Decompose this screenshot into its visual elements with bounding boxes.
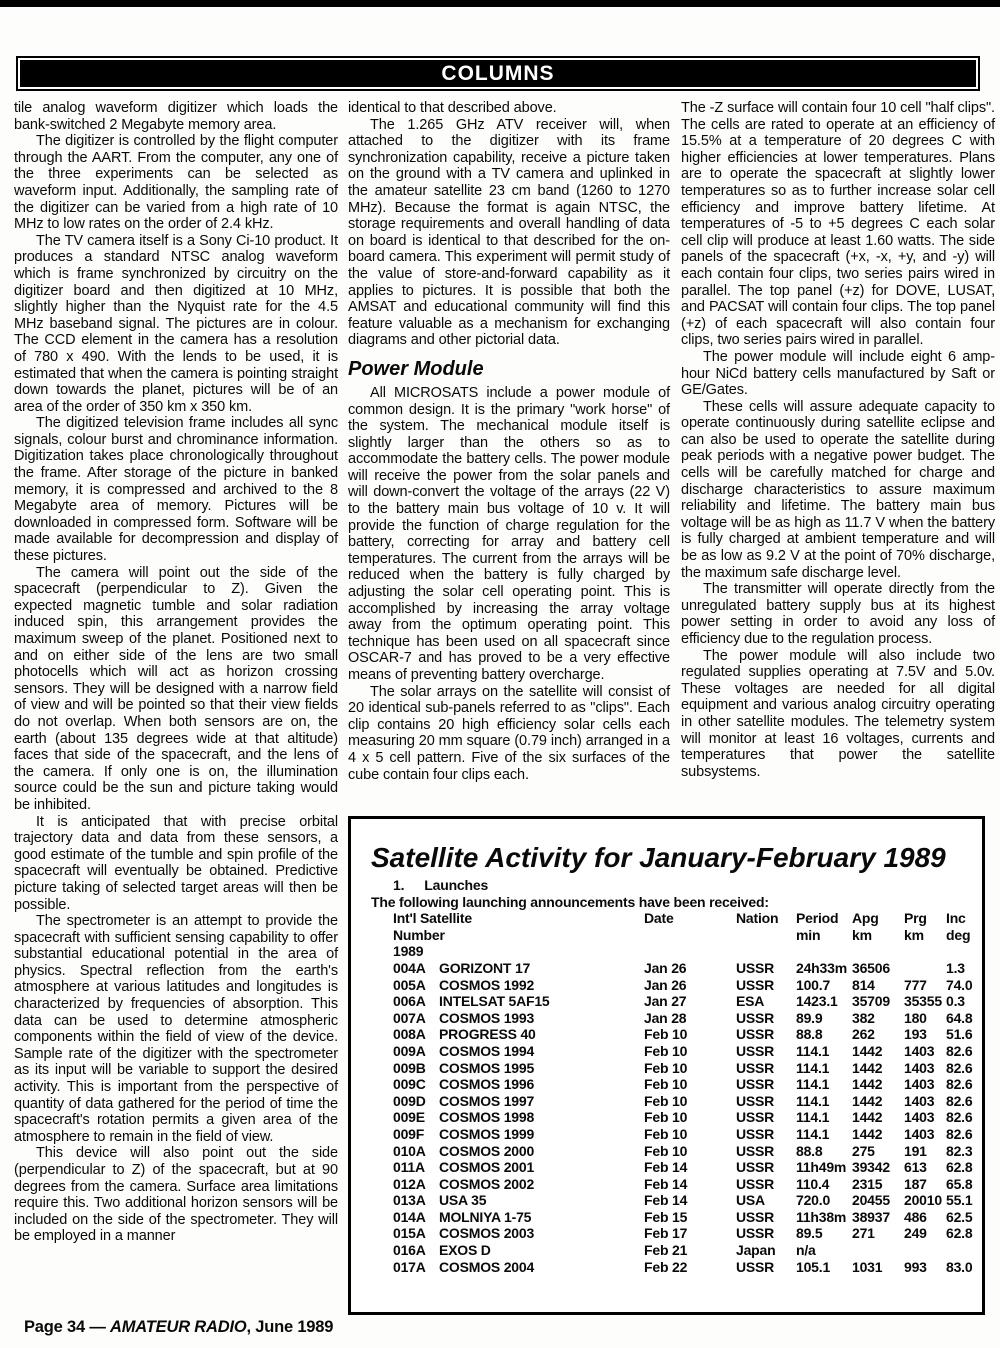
- paragraph: identical to that described above.: [348, 100, 670, 117]
- table-row: 009CCOSMOS 1996Feb 10USSR114.11442140382…: [393, 1076, 982, 1093]
- table-header-cell: 1989: [393, 943, 644, 960]
- table-header-cell: Nation: [736, 910, 796, 927]
- table-header-cell: Number: [393, 927, 644, 944]
- table-cell: MOLNIYA 1-75: [439, 1209, 644, 1226]
- table-cell: INTELSAT 5AF15: [439, 993, 644, 1010]
- table-cell: 1403: [904, 1126, 946, 1143]
- table-cell: Feb 14: [644, 1192, 736, 1209]
- section-label: Launches: [424, 877, 488, 893]
- paragraph: The digitizer is controlled by the fligh…: [14, 133, 338, 233]
- table-cell: 007A: [393, 1010, 439, 1027]
- table-cell: 11h49m: [796, 1159, 852, 1176]
- table-cell: 114.1: [796, 1060, 852, 1077]
- table-cell: COSMOS 1993: [439, 1010, 644, 1027]
- table-cell: 1442: [852, 1060, 904, 1077]
- table-cell: USA: [736, 1192, 796, 1209]
- paragraph: These cells will assure adequate capacit…: [681, 399, 995, 582]
- table-row: 015ACOSMOS 2003Feb 17USSR89.527124962.8: [393, 1225, 982, 1242]
- table-cell: 1403: [904, 1076, 946, 1093]
- table-header-cell: Period: [796, 910, 852, 927]
- table-cell: 82.6: [946, 1043, 980, 1060]
- table-row: 009FCOSMOS 1999Feb 10USSR114.11442140382…: [393, 1126, 982, 1143]
- page-footer: Page 34 — AMATEUR RADIO, June 1989: [24, 1318, 333, 1337]
- table-cell: 011A: [393, 1159, 439, 1176]
- table-cell: 89.5: [796, 1225, 852, 1242]
- table-cell: 012A: [393, 1176, 439, 1193]
- table-row: 011ACOSMOS 2001Feb 14USSR11h49m393426136…: [393, 1159, 982, 1176]
- table-row: 009DCOSMOS 1997Feb 10USSR114.11442140382…: [393, 1093, 982, 1110]
- table-header-cell: deg: [946, 927, 980, 944]
- table-cell: 114.1: [796, 1093, 852, 1110]
- table-cell: Feb 10: [644, 1126, 736, 1143]
- table-row: 012ACOSMOS 2002Feb 14USSR110.4231518765.…: [393, 1176, 982, 1193]
- table-cell: 1423.1: [796, 993, 852, 1010]
- table-cell: 100.7: [796, 977, 852, 994]
- table-cell: Jan 26: [644, 977, 736, 994]
- satellite-activity-box: Satellite Activity for January-February …: [348, 816, 985, 1315]
- table-cell: Feb 10: [644, 1076, 736, 1093]
- magazine-page: COLUMNS tile analog waveform digitizer w…: [0, 0, 1000, 1348]
- table-cell: 720.0: [796, 1192, 852, 1209]
- paragraph: The 1.265 GHz ATV receiver will, when at…: [348, 117, 670, 349]
- table-cell: Feb 10: [644, 1043, 736, 1060]
- table-cell: 114.1: [796, 1043, 852, 1060]
- table-cell: 004A: [393, 960, 439, 977]
- table-cell: COSMOS 2001: [439, 1159, 644, 1176]
- paragraph: The digitized television frame includes …: [14, 415, 338, 564]
- table-cell: 486: [904, 1209, 946, 1226]
- table-cell: 82.6: [946, 1076, 980, 1093]
- table-cell: 1403: [904, 1093, 946, 1110]
- table-header-row: 1989: [393, 943, 982, 960]
- paragraph: The spectrometer is an attempt to provid…: [14, 913, 338, 1145]
- table-cell: COSMOS 2003: [439, 1225, 644, 1242]
- table-cell: 1442: [852, 1076, 904, 1093]
- table-cell: COSMOS 1994: [439, 1043, 644, 1060]
- table-cell: PROGRESS 40: [439, 1026, 644, 1043]
- table-cell: [904, 960, 946, 977]
- table-header-cell: [644, 927, 736, 944]
- table-cell: 016A: [393, 1242, 439, 1259]
- table-cell: 38937: [852, 1209, 904, 1226]
- table-cell: 62.8: [946, 1159, 980, 1176]
- table-row: 009BCOSMOS 1995Feb 10USSR114.11442140382…: [393, 1060, 982, 1077]
- table-cell: 20010: [904, 1192, 946, 1209]
- table-cell: 1442: [852, 1109, 904, 1126]
- table-cell: 1403: [904, 1109, 946, 1126]
- table-cell: ESA: [736, 993, 796, 1010]
- footer-magazine-name: AMATEUR RADIO: [110, 1318, 246, 1336]
- table-cell: 1403: [904, 1060, 946, 1077]
- table-row: 006AINTELSAT 5AF15Jan 27ESA1423.13570935…: [393, 993, 982, 1010]
- table-cell: 009F: [393, 1126, 439, 1143]
- table-header-row: Numberminkmkmdeg: [393, 927, 982, 944]
- footer-prefix: Page 34 —: [24, 1318, 110, 1336]
- table-cell: USSR: [736, 1209, 796, 1226]
- columns-header-bar: COLUMNS: [16, 56, 980, 91]
- table-header-cell: Date: [644, 910, 736, 927]
- footer-suffix: , June 1989: [246, 1318, 333, 1336]
- paragraph: tile analog waveform digitizer which loa…: [14, 100, 338, 133]
- table-cell: 0.3: [946, 993, 980, 1010]
- table-cell: USSR: [736, 1225, 796, 1242]
- table-cell: 009D: [393, 1093, 439, 1110]
- table-row: 010ACOSMOS 2000Feb 10USSR88.827519182.3: [393, 1143, 982, 1160]
- table-cell: COSMOS 2000: [439, 1143, 644, 1160]
- table-cell: Feb 15: [644, 1209, 736, 1226]
- table-cell: [852, 1242, 904, 1259]
- paragraph: The -Z surface will contain four 10 cell…: [681, 100, 995, 349]
- paragraph: The solar arrays on the satellite will c…: [348, 684, 670, 784]
- table-cell: Feb 10: [644, 1109, 736, 1126]
- table-cell: Feb 10: [644, 1026, 736, 1043]
- table-cell: 009E: [393, 1109, 439, 1126]
- table-cell: 777: [904, 977, 946, 994]
- table-header-cell: Prg: [904, 910, 946, 927]
- table-cell: USSR: [736, 1076, 796, 1093]
- table-cell: COSMOS 1998: [439, 1109, 644, 1126]
- paragraph: The camera will point out the side of th…: [14, 565, 338, 814]
- table-cell: USSR: [736, 1026, 796, 1043]
- table-header-cell: [736, 927, 796, 944]
- table-cell: COSMOS 1992: [439, 977, 644, 994]
- table-cell: 82.6: [946, 1060, 980, 1077]
- table-cell: Feb 14: [644, 1159, 736, 1176]
- table-cell: COSMOS 1999: [439, 1126, 644, 1143]
- table-cell: Jan 27: [644, 993, 736, 1010]
- table-cell: Feb 10: [644, 1093, 736, 1110]
- table-title: Satellite Activity for January-February …: [371, 841, 982, 875]
- paragraph: It is anticipated that with precise orbi…: [14, 814, 338, 914]
- table-header-row: Int'l SatelliteDateNationPeriodApgPrgInc: [393, 910, 982, 927]
- table-cell: 1031: [852, 1259, 904, 1276]
- table-cell: 89.9: [796, 1010, 852, 1027]
- table-cell: 014A: [393, 1209, 439, 1226]
- paragraph: The TV camera itself is a Sony Ci-10 pro…: [14, 233, 338, 416]
- table-header-cell: Inc: [946, 910, 980, 927]
- table-cell: [946, 1242, 980, 1259]
- table-row: 009ECOSMOS 1998Feb 10USSR114.11442140382…: [393, 1109, 982, 1126]
- column-right: The -Z surface will contain four 10 cell…: [681, 100, 995, 780]
- table-row: 009ACOSMOS 1994Feb 10USSR114.11442140382…: [393, 1043, 982, 1060]
- table-row: 004AGORIZONT 17Jan 26USSR24h33m365061.3: [393, 960, 982, 977]
- table-cell: USSR: [736, 1126, 796, 1143]
- table-cell: Feb 17: [644, 1225, 736, 1242]
- table-cell: 114.1: [796, 1126, 852, 1143]
- table-cell: EXOS D: [439, 1242, 644, 1259]
- table-intro: The following launching announcements ha…: [371, 894, 982, 911]
- table-cell: 64.8: [946, 1010, 980, 1027]
- table-cell: 82.6: [946, 1126, 980, 1143]
- table-cell: 010A: [393, 1143, 439, 1160]
- table-cell: 20455: [852, 1192, 904, 1209]
- table-cell: 110.4: [796, 1176, 852, 1193]
- power-module-heading: Power Module: [348, 357, 670, 381]
- table-cell: USA 35: [439, 1192, 644, 1209]
- table-header-cell: Apg: [852, 910, 904, 927]
- table-cell: Feb 10: [644, 1143, 736, 1160]
- table-cell: 191: [904, 1143, 946, 1160]
- table-cell: Jan 26: [644, 960, 736, 977]
- table-cell: 005A: [393, 977, 439, 994]
- table-cell: 009C: [393, 1076, 439, 1093]
- table-cell: 2315: [852, 1176, 904, 1193]
- table-cell: 39342: [852, 1159, 904, 1176]
- table-cell: USSR: [736, 1176, 796, 1193]
- table-cell: GORIZONT 17: [439, 960, 644, 977]
- paragraph: All MICROSATS include a power module of …: [348, 385, 670, 684]
- table-cell: 1442: [852, 1126, 904, 1143]
- table-cell: 187: [904, 1176, 946, 1193]
- table-cell: 275: [852, 1143, 904, 1160]
- table-cell: Feb 22: [644, 1259, 736, 1276]
- table-cell: USSR: [736, 960, 796, 977]
- table-header-cell: km: [852, 927, 904, 944]
- table-cell: COSMOS 1995: [439, 1060, 644, 1077]
- table-cell: 008A: [393, 1026, 439, 1043]
- table-cell: 180: [904, 1010, 946, 1027]
- table-row: 017ACOSMOS 2004Feb 22USSR105.1103199383.…: [393, 1259, 982, 1276]
- table-cell: 249: [904, 1225, 946, 1242]
- table-cell: 015A: [393, 1225, 439, 1242]
- table-cell: 017A: [393, 1259, 439, 1276]
- table-cell: 51.6: [946, 1026, 980, 1043]
- table-header-cell: km: [904, 927, 946, 944]
- table-cell: Feb 21: [644, 1242, 736, 1259]
- table-cell: USSR: [736, 1010, 796, 1027]
- table-cell: COSMOS 2002: [439, 1176, 644, 1193]
- table-cell: Jan 28: [644, 1010, 736, 1027]
- table-row: 005ACOSMOS 1992Jan 26USSR100.781477774.0: [393, 977, 982, 994]
- table-row: 007ACOSMOS 1993Jan 28USSR89.938218064.8: [393, 1010, 982, 1027]
- table-cell: USSR: [736, 1159, 796, 1176]
- table-cell: 1403: [904, 1043, 946, 1060]
- column-left: tile analog waveform digitizer which loa…: [14, 100, 338, 1245]
- table-cell: 1.3: [946, 960, 980, 977]
- table-cell: Feb 14: [644, 1176, 736, 1193]
- table-cell: 11h38m: [796, 1209, 852, 1226]
- table-section-heading: 1.Launches: [393, 877, 982, 894]
- table-cell: 814: [852, 977, 904, 994]
- table-cell: COSMOS 1996: [439, 1076, 644, 1093]
- table-cell: 55.1: [946, 1192, 980, 1209]
- table-cell: USSR: [736, 1043, 796, 1060]
- table-cell: 114.1: [796, 1109, 852, 1126]
- table-cell: 88.8: [796, 1143, 852, 1160]
- table-cell: 82.6: [946, 1109, 980, 1126]
- table-cell: 105.1: [796, 1259, 852, 1276]
- column-middle: identical to that described above.The 1.…: [348, 100, 670, 783]
- table-cell: 82.3: [946, 1143, 980, 1160]
- table-cell: 271: [852, 1225, 904, 1242]
- table-row: 013AUSA 35Feb 14USA720.0204552001055.1: [393, 1192, 982, 1209]
- launch-table: Int'l SatelliteDateNationPeriodApgPrgInc…: [393, 910, 982, 1275]
- paragraph: The power module will include eight 6 am…: [681, 349, 995, 399]
- table-cell: 74.0: [946, 977, 980, 994]
- table-cell: USSR: [736, 1060, 796, 1077]
- table-cell: 009B: [393, 1060, 439, 1077]
- table-header-cell: min: [796, 927, 852, 944]
- table-cell: 88.8: [796, 1026, 852, 1043]
- table-cell: COSMOS 1997: [439, 1093, 644, 1110]
- table-cell: 62.5: [946, 1209, 980, 1226]
- table-cell: Feb 10: [644, 1060, 736, 1077]
- table-cell: 993: [904, 1259, 946, 1276]
- paragraph: The power module will also include two r…: [681, 648, 995, 781]
- table-cell: 613: [904, 1159, 946, 1176]
- table-cell: 35355: [904, 993, 946, 1010]
- table-cell: 013A: [393, 1192, 439, 1209]
- table-cell: COSMOS 2004: [439, 1259, 644, 1276]
- table-row: 014AMOLNIYA 1-75Feb 15USSR11h38m38937486…: [393, 1209, 982, 1226]
- table-cell: 1442: [852, 1043, 904, 1060]
- table-cell: 24h33m: [796, 960, 852, 977]
- table-cell: [904, 1242, 946, 1259]
- table-cell: 62.8: [946, 1225, 980, 1242]
- page-title: COLUMNS: [20, 60, 976, 87]
- table-cell: Japan: [736, 1242, 796, 1259]
- table-header-cell: Int'l Satellite: [393, 910, 644, 927]
- section-number: 1.: [393, 877, 404, 893]
- table-cell: 193: [904, 1026, 946, 1043]
- table-cell: 82.6: [946, 1093, 980, 1110]
- table-row: 008APROGRESS 40Feb 10USSR88.826219351.6: [393, 1026, 982, 1043]
- table-cell: 36506: [852, 960, 904, 977]
- table-cell: n/a: [796, 1242, 852, 1259]
- table-cell: USSR: [736, 1143, 796, 1160]
- page-top-rule: [0, 0, 1000, 7]
- table-cell: 83.0: [946, 1259, 980, 1276]
- table-cell: 65.8: [946, 1176, 980, 1193]
- table-cell: 009A: [393, 1043, 439, 1060]
- paragraph: This device will also point out the side…: [14, 1145, 338, 1245]
- table-cell: 114.1: [796, 1076, 852, 1093]
- table-cell: USSR: [736, 1259, 796, 1276]
- table-cell: 006A: [393, 993, 439, 1010]
- table-cell: 1442: [852, 1093, 904, 1110]
- table-row: 016AEXOS DFeb 21Japann/a: [393, 1242, 982, 1259]
- table-cell: 35709: [852, 993, 904, 1010]
- table-cell: USSR: [736, 1109, 796, 1126]
- table-cell: 382: [852, 1010, 904, 1027]
- table-cell: USSR: [736, 977, 796, 994]
- table-cell: USSR: [736, 1093, 796, 1110]
- paragraph: The transmitter will operate directly fr…: [681, 581, 995, 647]
- table-cell: 262: [852, 1026, 904, 1043]
